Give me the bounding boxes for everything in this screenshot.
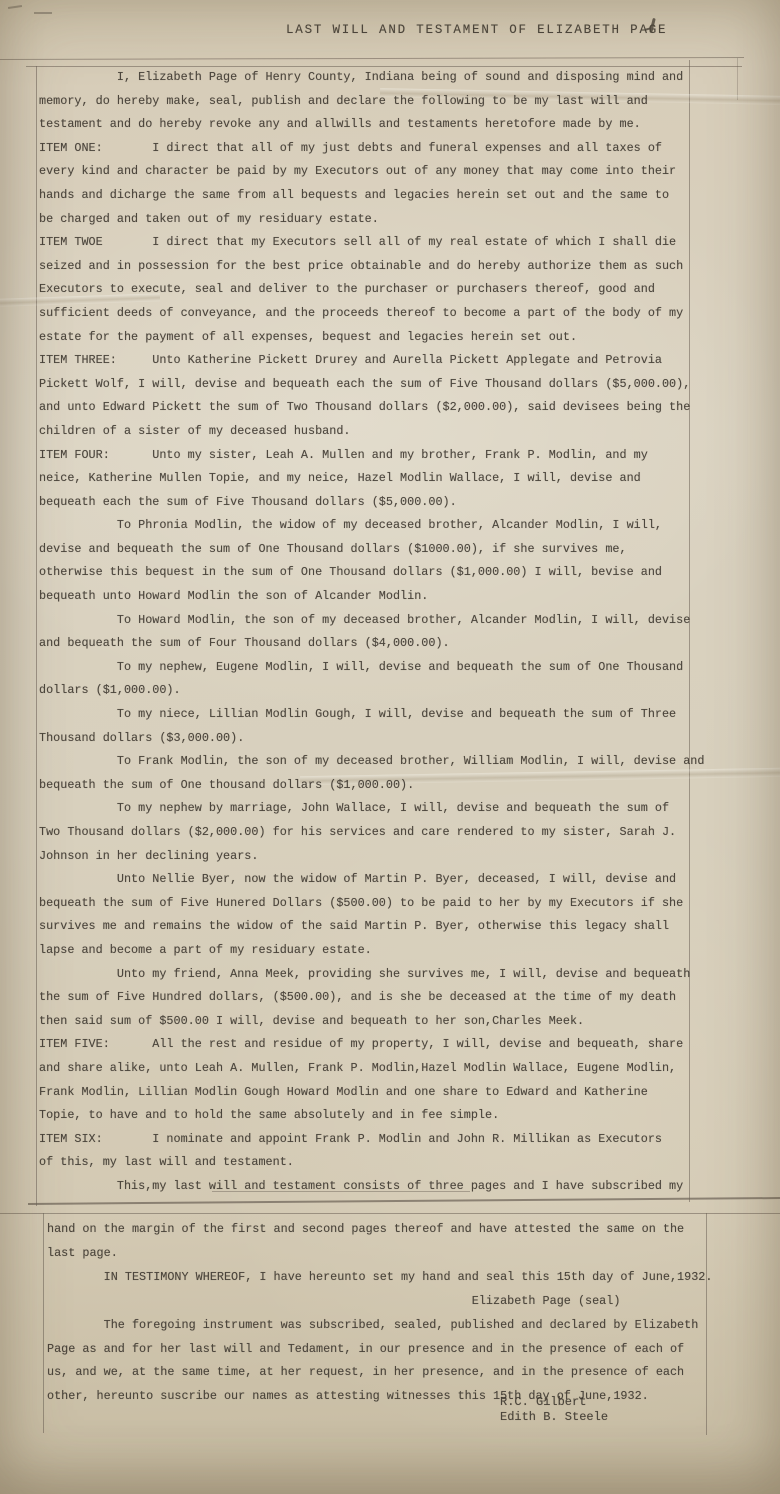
text-line: and share alike, unto Leah A. Mullen, Fr…	[39, 1057, 704, 1081]
text-line: Two Thousand dollars ($2,000.00) for his…	[39, 821, 704, 845]
text-line: children of a sister of my deceased husb…	[39, 420, 704, 444]
text-line: estate for the payment of all expenses, …	[39, 326, 704, 350]
text-line: This,my last will and testament consists…	[39, 1175, 704, 1199]
text-line: Topie, to have and to hold the same abso…	[39, 1104, 704, 1128]
page2-left-margin-rule	[43, 1213, 44, 1433]
text-line: hand on the margin of the first and seco…	[47, 1218, 712, 1242]
text-line: Edith B. Steele	[500, 1410, 608, 1425]
text-line: then said sum of $500.00 I will, devise …	[39, 1010, 704, 1034]
text-line: be charged and taken out of my residuary…	[39, 208, 704, 232]
text-line: bequeath the sum of One thousand dollars…	[39, 774, 704, 798]
text-line: devise and bequeath the sum of One Thous…	[39, 538, 704, 562]
text-line: and unto Edward Pickett the sum of Two T…	[39, 396, 704, 420]
text-line: us, and we, at the same time, at her req…	[47, 1361, 712, 1385]
page1-left-margin-rule	[36, 66, 37, 1206]
text-line: hands and dicharge the same from all beq…	[39, 184, 704, 208]
text-line: otherwise this bequest in the sum of One…	[39, 561, 704, 585]
witness-signatures: R.C. GilbertEdith B. Steele	[500, 1395, 608, 1425]
text-line: The foregoing instrument was subscribed,…	[47, 1314, 712, 1338]
text-line: Executors to execute, seal and deliver t…	[39, 278, 704, 302]
text-line: Thousand dollars ($3,000.00).	[39, 727, 704, 751]
text-line: ITEM ONE: I direct that all of my just d…	[39, 137, 704, 161]
text-line: To Phronia Modlin, the widow of my decea…	[39, 514, 704, 538]
underline-stroke	[212, 1191, 470, 1192]
text-line: bequeath each the sum of Five Thousand d…	[39, 491, 704, 515]
text-line: testament and do hereby revoke any and a…	[39, 113, 704, 137]
text-line: To Howard Modlin, the son of my deceased…	[39, 609, 704, 633]
page2-top-edge	[0, 1213, 780, 1214]
text-line: bequeath unto Howard Modlin the son of A…	[39, 585, 704, 609]
page1-text: I, Elizabeth Page of Henry County, India…	[39, 66, 704, 1199]
text-line: To my nephew by marriage, John Wallace, …	[39, 797, 704, 821]
text-line: IN TESTIMONY WHEREOF, I have hereunto se…	[47, 1266, 712, 1290]
text-line: ITEM FOUR: Unto my sister, Leah A. Mulle…	[39, 444, 704, 468]
text-line: memory, do hereby make, seal, publish an…	[39, 90, 704, 114]
text-line: Frank Modlin, Lillian Modlin Gough Howar…	[39, 1081, 704, 1105]
text-line: To my nephew, Eugene Modlin, I will, dev…	[39, 656, 704, 680]
text-line: Unto my friend, Anna Meek, providing she…	[39, 963, 704, 987]
text-line: ITEM TWOE I direct that my Executors sel…	[39, 231, 704, 255]
page1-right-edge-rule	[737, 58, 738, 100]
text-line: other, hereunto suscribe our names as at…	[47, 1385, 712, 1409]
text-line: ITEM THREE: Unto Katherine Pickett Drure…	[39, 349, 704, 373]
text-line: survives me and remains the widow of the…	[39, 915, 704, 939]
text-line	[47, 1409, 712, 1433]
page2-text: hand on the margin of the first and seco…	[47, 1218, 712, 1433]
text-line: lapse and become a part of my residuary …	[39, 939, 704, 963]
text-line: last page.	[47, 1242, 712, 1266]
text-line: Unto Nellie Byer, now the widow of Marti…	[39, 868, 704, 892]
text-line: Johnson in her declining years.	[39, 845, 704, 869]
text-line: dollars ($1,000.00).	[39, 679, 704, 703]
text-line: every kind and character be paid by my E…	[39, 160, 704, 184]
text-line: ITEM SIX: I nominate and appoint Frank P…	[39, 1128, 704, 1152]
text-line: seized and in possession for the best pr…	[39, 255, 704, 279]
text-line: I, Elizabeth Page of Henry County, India…	[39, 66, 704, 90]
text-line: ITEM FIVE: All the rest and residue of m…	[39, 1033, 704, 1057]
top-rule	[0, 57, 744, 60]
scanned-will-document: LAST WILL AND TESTAMENT OF ELIZABETH PAG…	[0, 0, 780, 1494]
pencil-mark	[34, 12, 52, 14]
document-title: LAST WILL AND TESTAMENT OF ELIZABETH PAG…	[286, 23, 667, 37]
text-line: the sum of Five Hundred dollars, ($500.0…	[39, 986, 704, 1010]
text-line: neice, Katherine Mullen Topie, and my ne…	[39, 467, 704, 491]
text-line: Pickett Wolf, I will, devise and bequeat…	[39, 373, 704, 397]
text-line: Page as and for her last will and Tedame…	[47, 1338, 712, 1362]
text-line: Elizabeth Page (seal)	[47, 1290, 712, 1314]
text-line: R.C. Gilbert	[500, 1395, 608, 1410]
text-line: and bequeath the sum of Four Thousand do…	[39, 632, 704, 656]
text-line: bequeath the sum of Five Hunered Dollars…	[39, 892, 704, 916]
text-line: To my niece, Lillian Modlin Gough, I wil…	[39, 703, 704, 727]
text-line: of this, my last will and testament.	[39, 1151, 704, 1175]
text-line: sufficient deeds of conveyance, and the …	[39, 302, 704, 326]
text-line: To Frank Modlin, the son of my deceased …	[39, 750, 704, 774]
pencil-mark	[8, 5, 22, 9]
